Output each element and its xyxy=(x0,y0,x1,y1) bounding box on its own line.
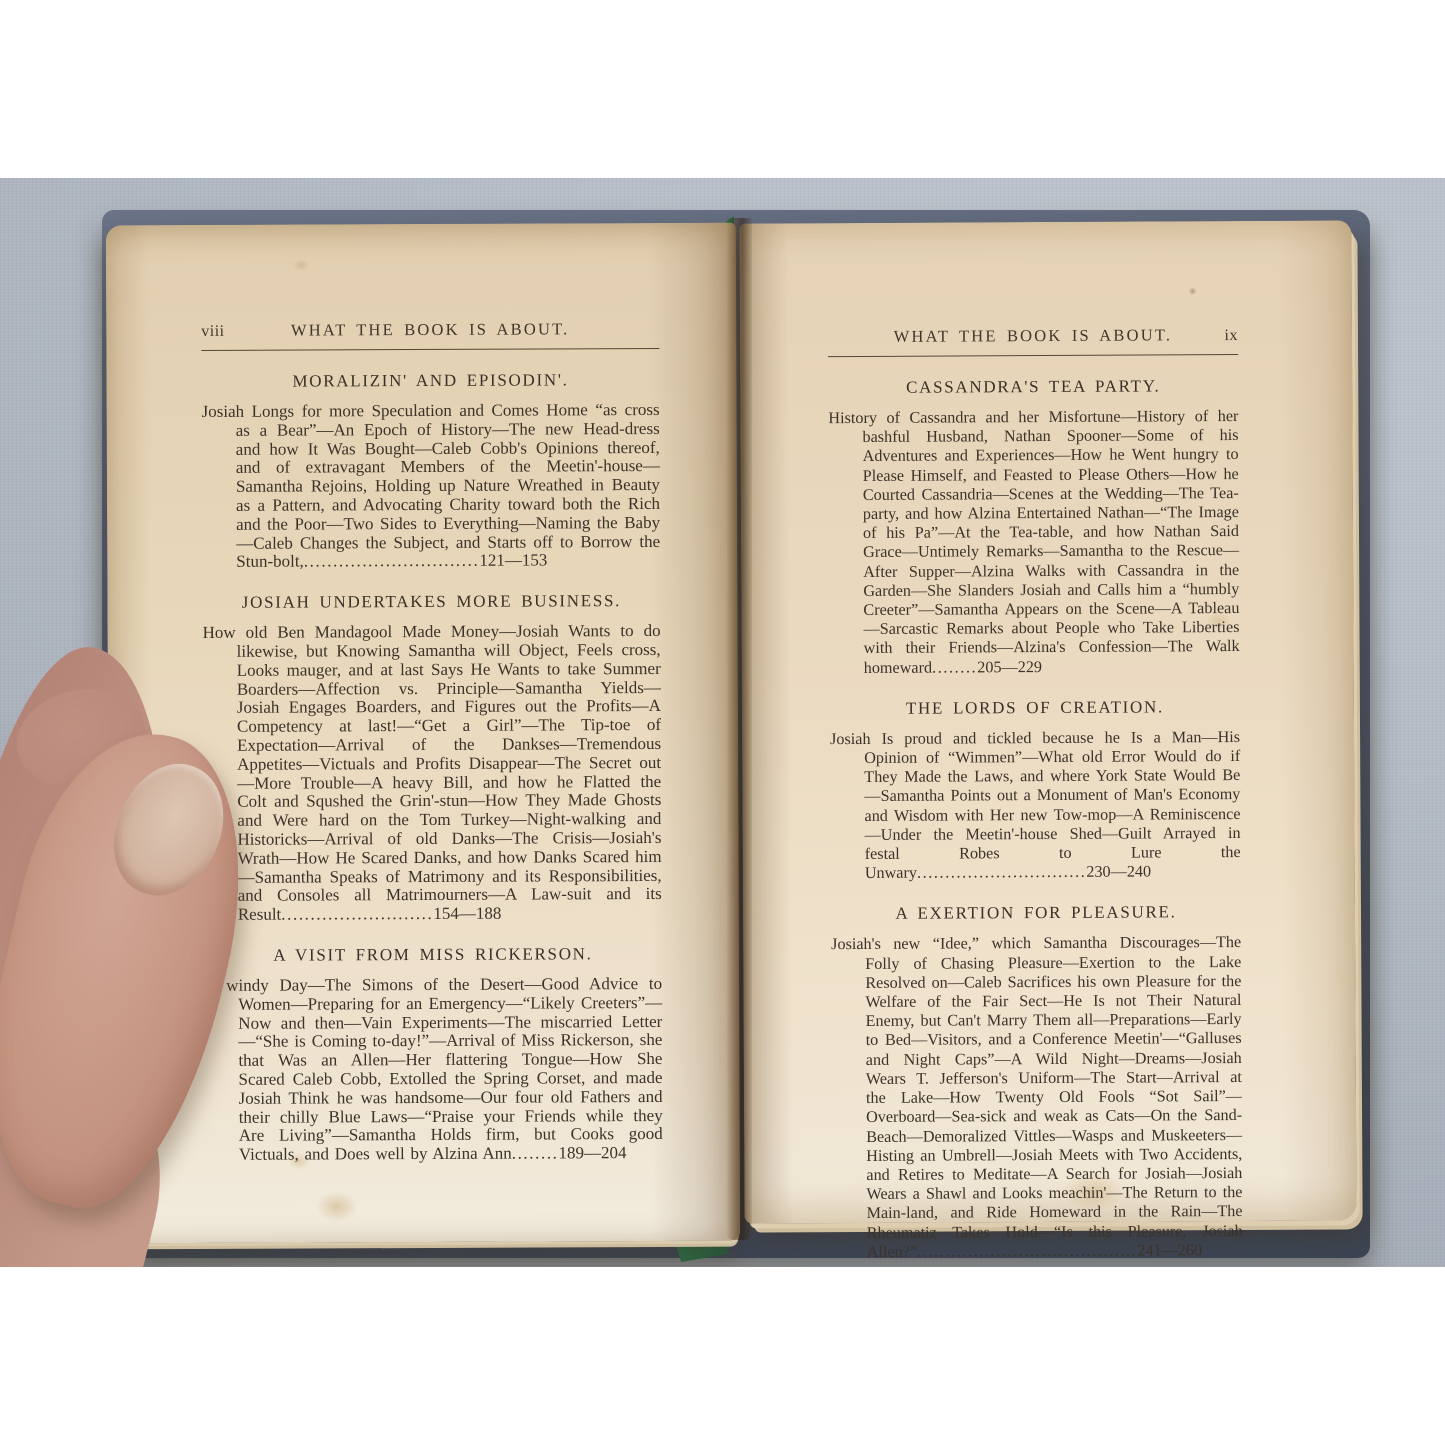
section-body: History of Cassandra and her Misfortune—… xyxy=(828,407,1239,677)
left-page: viii WHAT THE BOOK IS ABOUT. MORALIZIN' … xyxy=(106,223,740,1244)
screenshot-canvas: viii WHAT THE BOOK IS ABOUT. MORALIZIN' … xyxy=(0,0,1445,1445)
section-entry: Josiah Longs for more Speculation and Co… xyxy=(202,401,661,572)
section-entry: How old Ben Mandagool Made Money—Josiah … xyxy=(203,622,662,925)
top-white-margin xyxy=(0,0,1445,178)
section-heading: MORALIZIN' AND EPISODIN'. xyxy=(201,370,659,392)
leader-dots: .............................. xyxy=(304,551,480,571)
leader-dots: .......................... xyxy=(281,904,433,924)
gutter-shadow xyxy=(726,218,752,1240)
bottom-white-margin xyxy=(0,1267,1445,1445)
right-header-rule xyxy=(828,354,1238,357)
section-heading: JOSIAH UNDERTAKES MORE BUSINESS. xyxy=(202,591,660,613)
section-body: A windy Day—The Simons of the Desert—Goo… xyxy=(204,974,663,1164)
book-photo: viii WHAT THE BOOK IS ABOUT. MORALIZIN' … xyxy=(0,178,1445,1267)
section-entry: Josiah's new “Idee,” which Samantha Disc… xyxy=(831,933,1243,1262)
right-running-header: WHAT THE BOOK IS ABOUT. xyxy=(890,325,1176,346)
section-heading: A VISIT FROM MISS RICKERSON. xyxy=(204,944,662,966)
section-heading: A EXERTION FOR PLEASURE. xyxy=(831,902,1241,924)
section-body: Josiah Is proud and tickled because he I… xyxy=(830,728,1241,882)
section-heading: CASSANDRA'S TEA PARTY. xyxy=(828,376,1238,398)
left-page-content: viii WHAT THE BOOK IS ABOUT. MORALIZIN' … xyxy=(106,223,740,1244)
leader-dots: .............................. xyxy=(917,863,1086,882)
section-heading: THE LORDS OF CREATION. xyxy=(830,697,1240,719)
right-page-content: WHAT THE BOOK IS ABOUT. ix CASSANDRA'S T… xyxy=(739,220,1356,1223)
section-body: Josiah's new “Idee,” which Samantha Disc… xyxy=(831,933,1243,1260)
page-range: 154—188 xyxy=(433,904,501,923)
section-entry: A windy Day—The Simons of the Desert—Goo… xyxy=(204,975,663,1165)
right-page-number: ix xyxy=(1176,327,1238,345)
section-body: How old Ben Mandagool Made Money—Josiah … xyxy=(203,621,662,924)
leader-dots: ....................................... xyxy=(917,1241,1137,1260)
leader-dots: ........ xyxy=(932,658,977,676)
left-page-header: viii WHAT THE BOOK IS ABOUT. xyxy=(201,319,659,341)
right-page: WHAT THE BOOK IS ABOUT. ix CASSANDRA'S T… xyxy=(739,220,1356,1223)
section-body: Josiah Longs for more Speculation and Co… xyxy=(202,400,661,571)
leader-dots: ........ xyxy=(512,1144,559,1163)
section-entry: History of Cassandra and her Misfortune—… xyxy=(828,407,1239,678)
page-range: 205—229 xyxy=(977,658,1042,676)
page-range: 230—240 xyxy=(1086,863,1151,881)
section-entry: Josiah Is proud and tickled because he I… xyxy=(830,728,1241,884)
left-running-header: WHAT THE BOOK IS ABOUT. xyxy=(263,319,597,340)
page-range: 241—260 xyxy=(1137,1241,1202,1259)
left-page-number: viii xyxy=(201,323,263,341)
left-header-rule xyxy=(201,348,659,351)
page-range: 121—153 xyxy=(479,551,547,570)
page-range: 189—204 xyxy=(558,1143,626,1162)
right-page-header: WHAT THE BOOK IS ABOUT. ix xyxy=(828,325,1238,347)
